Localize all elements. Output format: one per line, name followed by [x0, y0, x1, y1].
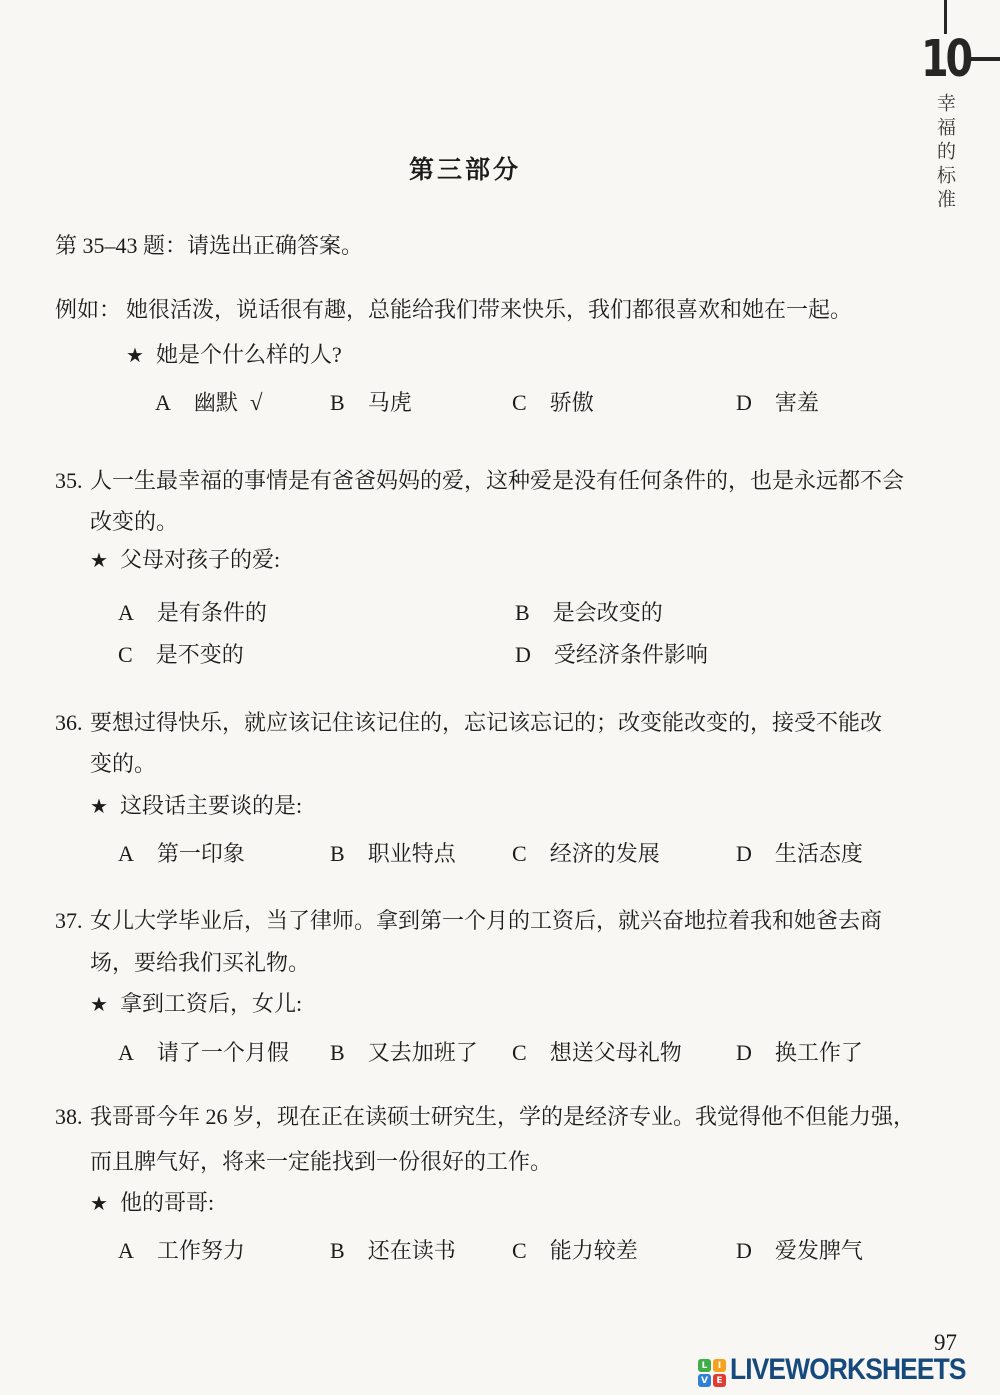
example-prompt-line: ★她是个什么样的人? [126, 342, 342, 368]
logo-square-i: I [713, 1359, 726, 1372]
instructions-text: 第 35–43 题：请选出正确答案。 [55, 233, 363, 259]
option-letter: A [118, 600, 134, 626]
option-label: 骄傲 [550, 390, 594, 415]
option-label: 想送父母礼物 [550, 1040, 682, 1065]
option-letter: C [512, 390, 527, 416]
liveworksheets-logo-icon: L I V E [698, 1359, 726, 1387]
option-label: 能力较差 [550, 1238, 638, 1263]
example-options-row: A幽默√ B马虎 C骄傲 D害羞 [0, 386, 1000, 418]
option-a[interactable]: A是有条件的 [118, 596, 267, 627]
star-icon: ★ [90, 994, 108, 1016]
option-label: 工作努力 [157, 1238, 245, 1263]
chapter-title-vertical: 幸福的标准 [932, 93, 959, 213]
question-text: 人一生最幸福的事情是有爸爸妈妈的爱，这种爱是没有任何条件的，也是永远都不会 [90, 468, 904, 493]
option-label: 第一印象 [157, 841, 245, 866]
options-row: A工作努力 B还在读书 C能力较差 D爱发脾气 [0, 1234, 1000, 1266]
option-letter: B [330, 1040, 345, 1066]
question-text-line: 38.我哥哥今年 26 岁，现在正在读硕士研究生，学的是经济专业。我觉得他不但能… [55, 1104, 915, 1130]
option-letter: A [118, 1040, 134, 1066]
example-prompt: 她是个什么样的人? [156, 342, 342, 367]
option-c[interactable]: C骄傲 [512, 386, 594, 417]
option-label: 换工作了 [775, 1040, 863, 1065]
question-number: 37. [55, 908, 90, 934]
options-row: A是有条件的 B是会改变的 [0, 596, 1000, 628]
option-letter: D [736, 1238, 752, 1264]
option-label: 幽默 [194, 390, 238, 415]
option-b[interactable]: B还在读书 [330, 1234, 456, 1265]
star-icon: ★ [90, 550, 108, 572]
option-letter: A [155, 390, 171, 416]
options-row: C是不变的 D受经济条件影响 [0, 638, 1000, 670]
question-prompt-line: ★他的哥哥: [90, 1190, 214, 1216]
option-d[interactable]: D爱发脾气 [736, 1234, 863, 1265]
option-letter: C [118, 642, 133, 668]
question-prompt-line: ★拿到工资后，女儿: [90, 991, 302, 1017]
question-number: 35. [55, 468, 90, 494]
chapter-tick-horizontal [971, 57, 1000, 61]
question-text-line: 变的。 [90, 751, 156, 777]
option-d[interactable]: D换工作了 [736, 1036, 863, 1067]
question-text: 我哥哥今年 26 岁，现在正在读硕士研究生，学的是经济专业。我觉得他不但能力强， [90, 1104, 915, 1129]
logo-square-v: V [698, 1374, 711, 1387]
question-text-line: 场，要给我们买礼物。 [90, 950, 310, 976]
star-icon: ★ [126, 345, 144, 367]
question-text-line: 37.女儿大学毕业后，当了律师。拿到第一个月的工资后，就兴奋地拉着我和她爸去商 [55, 908, 882, 934]
option-c[interactable]: C能力较差 [512, 1234, 638, 1265]
option-d[interactable]: D害羞 [736, 386, 819, 417]
option-label: 生活态度 [775, 841, 863, 866]
option-label: 请了一个月假 [157, 1040, 289, 1065]
option-label: 是有条件的 [157, 600, 267, 625]
option-label: 受经济条件影响 [554, 642, 708, 667]
question-prompt: 他的哥哥: [120, 1190, 214, 1215]
logo-square-l: L [698, 1359, 711, 1372]
option-letter: C [512, 1238, 527, 1264]
star-icon: ★ [90, 1193, 108, 1215]
option-a[interactable]: A幽默√ [155, 386, 263, 417]
question-prompt: 拿到工资后，女儿: [120, 991, 302, 1016]
options-row: A请了一个月假 B又去加班了 C想送父母礼物 D换工作了 [0, 1036, 1000, 1068]
option-c[interactable]: C经济的发展 [512, 837, 660, 868]
question-text: 女儿大学毕业后，当了律师。拿到第一个月的工资后，就兴奋地拉着我和她爸去商 [90, 908, 882, 933]
option-label: 是不变的 [156, 642, 244, 667]
option-d[interactable]: D受经济条件影响 [515, 638, 708, 669]
question-prompt: 父母对孩子的爱: [120, 547, 280, 572]
option-b[interactable]: B是会改变的 [515, 596, 663, 627]
option-letter: B [330, 1238, 345, 1264]
option-label: 职业特点 [368, 841, 456, 866]
option-letter: C [512, 1040, 527, 1066]
option-label: 还在读书 [368, 1238, 456, 1263]
section-title: 第三部分 [0, 150, 930, 186]
question-text: 要想过得快乐，就应该记住该记住的，忘记该忘记的；改变能改变的，接受不能改 [90, 710, 882, 735]
option-letter: D [736, 1040, 752, 1066]
example-text: 她很活泼，说话很有趣，总能给我们带来快乐，我们都很喜欢和她在一起。 [126, 297, 852, 322]
option-label: 马虎 [368, 390, 412, 415]
liveworksheets-logo-text: LIVEWORKSHEETS [730, 1353, 966, 1387]
worksheet-page: 10 幸福的标准 第三部分 第 35–43 题：请选出正确答案。 例如：她很活泼… [0, 0, 1000, 1395]
question-prompt-line: ★父母对孩子的爱: [90, 547, 280, 573]
question-number: 38. [55, 1104, 90, 1130]
question-text-line: 而且脾气好，将来一定能找到一份很好的工作。 [90, 1149, 552, 1175]
chapter-tick-vertical [944, 0, 947, 34]
example-label: 例如： [55, 297, 126, 323]
option-letter: A [118, 841, 134, 867]
option-b[interactable]: B职业特点 [330, 837, 456, 868]
option-c[interactable]: C想送父母礼物 [512, 1036, 682, 1067]
option-d[interactable]: D生活态度 [736, 837, 863, 868]
option-a[interactable]: A请了一个月假 [118, 1036, 289, 1067]
option-a[interactable]: A工作努力 [118, 1234, 245, 1265]
option-letter: D [736, 841, 752, 867]
question-number: 36. [55, 710, 90, 736]
example-sentence: 例如：她很活泼，说话很有趣，总能给我们带来快乐，我们都很喜欢和她在一起。 [55, 297, 852, 323]
question-prompt-line: ★这段话主要谈的是: [90, 793, 302, 819]
option-letter: A [118, 1238, 134, 1264]
liveworksheets-logo[interactable]: L I V E LIVEWORKSHEETS [698, 1353, 998, 1387]
option-label: 经济的发展 [550, 841, 660, 866]
option-c[interactable]: C是不变的 [118, 638, 244, 669]
logo-square-e: E [713, 1374, 726, 1387]
option-letter: B [515, 600, 530, 626]
options-row: A第一印象 B职业特点 C经济的发展 D生活态度 [0, 837, 1000, 869]
star-icon: ★ [90, 796, 108, 818]
option-letter: D [736, 390, 752, 416]
option-letter: D [515, 642, 531, 668]
question-text-line: 36.要想过得快乐，就应该记住该记住的，忘记该忘记的；改变能改变的，接受不能改 [55, 710, 882, 736]
option-a[interactable]: A第一印象 [118, 837, 245, 868]
option-label: 是会改变的 [553, 600, 663, 625]
answer-checkmark-icon: √ [250, 390, 263, 415]
chapter-number: 10 [921, 30, 970, 89]
option-label: 又去加班了 [368, 1040, 478, 1065]
question-text-line: 改变的。 [90, 509, 178, 535]
question-text-line: 35.人一生最幸福的事情是有爸爸妈妈的爱，这种爱是没有任何条件的，也是永远都不会 [55, 468, 904, 494]
option-letter: C [512, 841, 527, 867]
option-label: 爱发脾气 [775, 1238, 863, 1263]
option-b[interactable]: B又去加班了 [330, 1036, 478, 1067]
option-label: 害羞 [775, 390, 819, 415]
option-letter: B [330, 390, 345, 416]
question-prompt: 这段话主要谈的是: [120, 793, 302, 818]
option-letter: B [330, 841, 345, 867]
option-b[interactable]: B马虎 [330, 386, 412, 417]
